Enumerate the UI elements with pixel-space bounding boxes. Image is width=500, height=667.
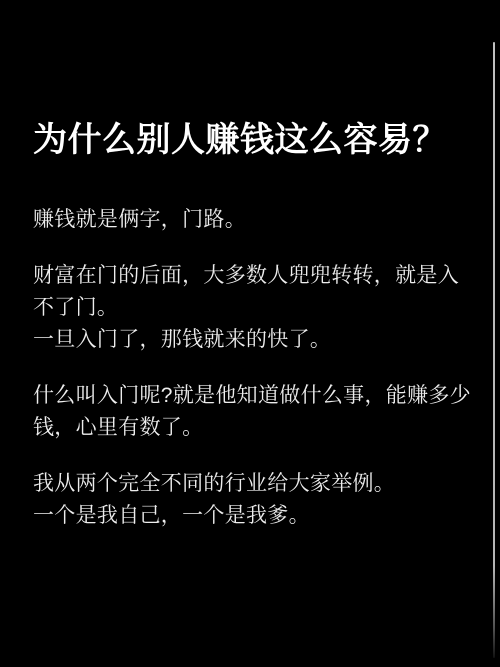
text-line: 什么叫入门呢?就是他知道做什么事，能赚多少: [33, 380, 452, 412]
paragraph: 赚钱就是俩字，门路。: [33, 204, 452, 236]
article-title: 为什么别人赚钱这么容易？: [33, 116, 452, 164]
article-content: 为什么别人赚钱这么容易？ 赚钱就是俩字，门路。 财富在门的后面，大多数人兜兜转转…: [0, 0, 500, 556]
text-line: 不了门。: [33, 292, 452, 324]
text-line: 一个是我自己，一个是我爹。: [33, 500, 452, 532]
paragraph: 我从两个完全不同的行业给大家举例。 一个是我自己，一个是我爹。: [33, 468, 452, 532]
scrollbar[interactable]: [493, 42, 495, 658]
text-line: 我从两个完全不同的行业给大家举例。: [33, 468, 452, 500]
text-line: 赚钱就是俩字，门路。: [33, 204, 452, 236]
text-line: 一旦入门了，那钱就来的快了。: [33, 324, 452, 356]
text-line: 钱，心里有数了。: [33, 412, 452, 444]
paragraph: 什么叫入门呢?就是他知道做什么事，能赚多少 钱，心里有数了。: [33, 380, 452, 444]
paragraph: 财富在门的后面，大多数人兜兜转转，就是入 不了门。 一旦入门了，那钱就来的快了。: [33, 260, 452, 356]
article-page: 为什么别人赚钱这么容易？ 赚钱就是俩字，门路。 财富在门的后面，大多数人兜兜转转…: [0, 0, 500, 667]
text-line: 财富在门的后面，大多数人兜兜转转，就是入: [33, 260, 452, 292]
